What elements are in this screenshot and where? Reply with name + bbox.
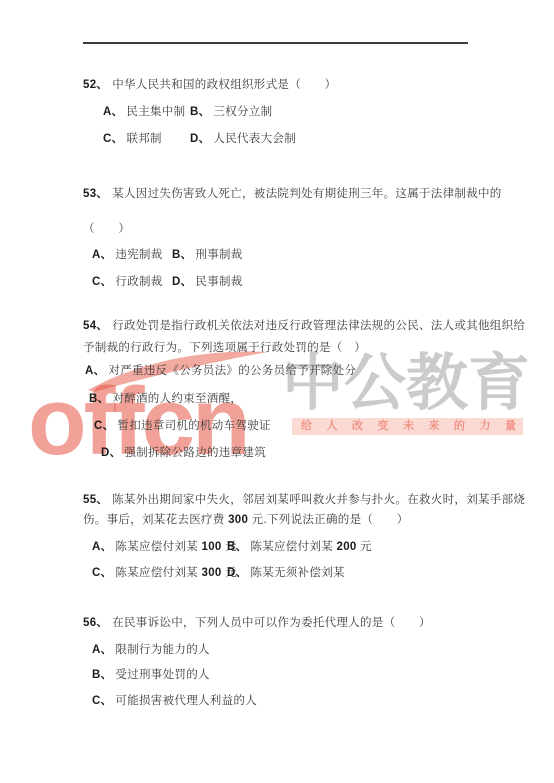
question-52-option-b: B、三权分立制: [190, 105, 272, 120]
option-text: 民事制裁: [195, 276, 242, 288]
option-text: 人民代表大会制: [213, 133, 296, 145]
exam-page: offcn 中公教育 给人改变未来的力量 52、中华人民共和国的政权组织形式是（…: [0, 0, 554, 783]
amount-value: 200: [337, 541, 357, 553]
question-55-option-b: B、陈某应偿付刘某 200 元: [227, 540, 372, 555]
question-55-stem: 55、陈某外出期间家中失火，邻居刘某呼叫救火并参与扑火。在救火时，刘某手部烧: [83, 493, 525, 508]
question-text: 予制裁的行政行为。下列选项属于行政处罚的是（ ）: [83, 342, 366, 354]
option-text: 元: [357, 541, 372, 553]
question-55-option-c: C、陈某应偿付刘某 300 元: [92, 566, 237, 581]
question-text: 在民事诉讼中，下列人员中可以作为委托代理人的是（ ）: [112, 617, 431, 629]
option-label: A、: [92, 249, 112, 261]
option-label: C、: [94, 420, 114, 432]
option-text: 受过刑事处罚的人: [115, 669, 209, 681]
question-number: 54、: [83, 320, 108, 332]
question-54-option-b: B、对醉酒的人约束至酒醒，: [89, 392, 242, 407]
question-number: 56、: [83, 617, 108, 629]
option-label: A、: [92, 644, 112, 656]
question-text: 伤。事后，刘某花去医疗费: [83, 514, 228, 526]
question-number: 53、: [83, 188, 108, 200]
amount-value: 300: [202, 567, 222, 579]
question-53-option-d: D、民事制裁: [172, 275, 243, 290]
question-54-stem-line2: 予制裁的行政行为。下列选项属于行政处罚的是（ ）: [83, 341, 366, 356]
option-label: C、: [92, 695, 112, 707]
question-52-stem: 52、中华人民共和国的政权组织形式是（ ）: [83, 78, 336, 93]
question-54-option-d: D、强制拆除公路边的违章建筑: [101, 446, 266, 461]
question-56-stem: 56、在民事诉讼中，下列人员中可以作为委托代理人的是（ ）: [83, 616, 431, 631]
question-55-option-a: A、陈某应偿付刘某 100 元: [92, 540, 237, 555]
option-label: B、: [172, 249, 192, 261]
option-label: C、: [103, 133, 123, 145]
option-text: 刑事制裁: [195, 249, 242, 261]
question-number: 52、: [83, 79, 108, 91]
option-text: 联邦制: [126, 133, 161, 145]
question-56-option-b: B、受过刑事处罚的人: [92, 668, 210, 683]
question-52-option-c: C、联邦制: [103, 132, 162, 147]
option-label: A、: [85, 365, 105, 377]
option-text: 陈某应偿付刘某: [115, 541, 201, 553]
question-55-stem-line2: 伤。事后，刘某花去医疗费 300 元.下列说法正确的是（ ）: [83, 513, 409, 528]
option-label: D、: [172, 276, 192, 288]
question-53-stem: 53、某人因过失伤害致人死亡，被法院判处有期徒刑三年。这属于法律制裁中的: [83, 187, 502, 202]
option-text: 对醉酒的人约束至酒醒，: [112, 393, 242, 405]
option-text: 对严重违反《公务员法》的公务员给予开除处分: [108, 365, 356, 377]
question-53-option-a: A、违宪制裁: [92, 248, 163, 263]
question-54-stem: 54、行政处罚是指行政机关依法对违反行政管理法律法规的公民、法人或其他组织给: [83, 319, 525, 334]
option-label: B、: [89, 393, 109, 405]
option-label: B、: [227, 541, 247, 553]
option-label: C、: [92, 567, 112, 579]
option-text: 陈某应偿付刘某: [250, 541, 336, 553]
option-label: D、: [227, 567, 247, 579]
option-text: 暂扣违章司机的机动车驾驶证: [117, 420, 270, 432]
question-55-option-d: D、陈某无须补偿刘某: [227, 566, 345, 581]
question-52-option-a: A、民主集中制: [103, 105, 185, 120]
header-rule: [83, 42, 468, 44]
question-56-option-c: C、可能损害被代理人利益的人: [92, 694, 257, 709]
question-53-option-c: C、行政制裁: [92, 275, 163, 290]
option-text: 限制行为能力的人: [115, 644, 209, 656]
option-label: B、: [190, 106, 210, 118]
question-52-option-d: D、人民代表大会制: [190, 132, 296, 147]
question-text: 中华人民共和国的政权组织形式是（ ）: [112, 79, 336, 91]
question-text: 元.下列说法正确的是（ ）: [248, 514, 408, 526]
question-text: 行政处罚是指行政机关依法对违反行政管理法律法规的公民、法人或其他组织给: [112, 320, 525, 332]
option-label: D、: [190, 133, 210, 145]
option-label: D、: [101, 447, 121, 459]
option-label: B、: [92, 669, 112, 681]
option-text: 三权分立制: [213, 106, 272, 118]
question-text: 陈某外出期间家中失火，邻居刘某呼叫救火并参与扑火。在救火时，刘某手部烧: [112, 494, 525, 506]
question-number: 55、: [83, 494, 108, 506]
exam-content: 52、中华人民共和国的政权组织形式是（ ） A、民主集中制 B、三权分立制 C、…: [0, 0, 554, 783]
question-53-stem-line2: （ ）: [83, 222, 130, 237]
option-text: 可能损害被代理人利益的人: [115, 695, 257, 707]
question-54-option-c: C、暂扣违章司机的机动车驾驶证: [94, 419, 271, 434]
amount-value: 300: [228, 514, 248, 526]
option-label: A、: [92, 541, 112, 553]
question-text: （ ）: [83, 223, 130, 235]
option-label: C、: [92, 276, 112, 288]
question-54-option-a: A、对严重违反《公务员法》的公务员给予开除处分: [85, 364, 356, 379]
option-text: 民主集中制: [126, 106, 185, 118]
amount-value: 100: [202, 541, 222, 553]
option-text: 行政制裁: [115, 276, 162, 288]
question-text: 某人因过失伤害致人死亡，被法院判处有期徒刑三年。这属于法律制裁中的: [112, 188, 501, 200]
question-53-option-b: B、刑事制裁: [172, 248, 243, 263]
option-text: 陈某应偿付刘某: [115, 567, 201, 579]
question-56-option-a: A、限制行为能力的人: [92, 643, 210, 658]
option-text: 陈某无须补偿刘某: [250, 567, 344, 579]
option-text: 违宪制裁: [115, 249, 162, 261]
option-label: A、: [103, 106, 123, 118]
option-text: 强制拆除公路边的违章建筑: [124, 447, 266, 459]
